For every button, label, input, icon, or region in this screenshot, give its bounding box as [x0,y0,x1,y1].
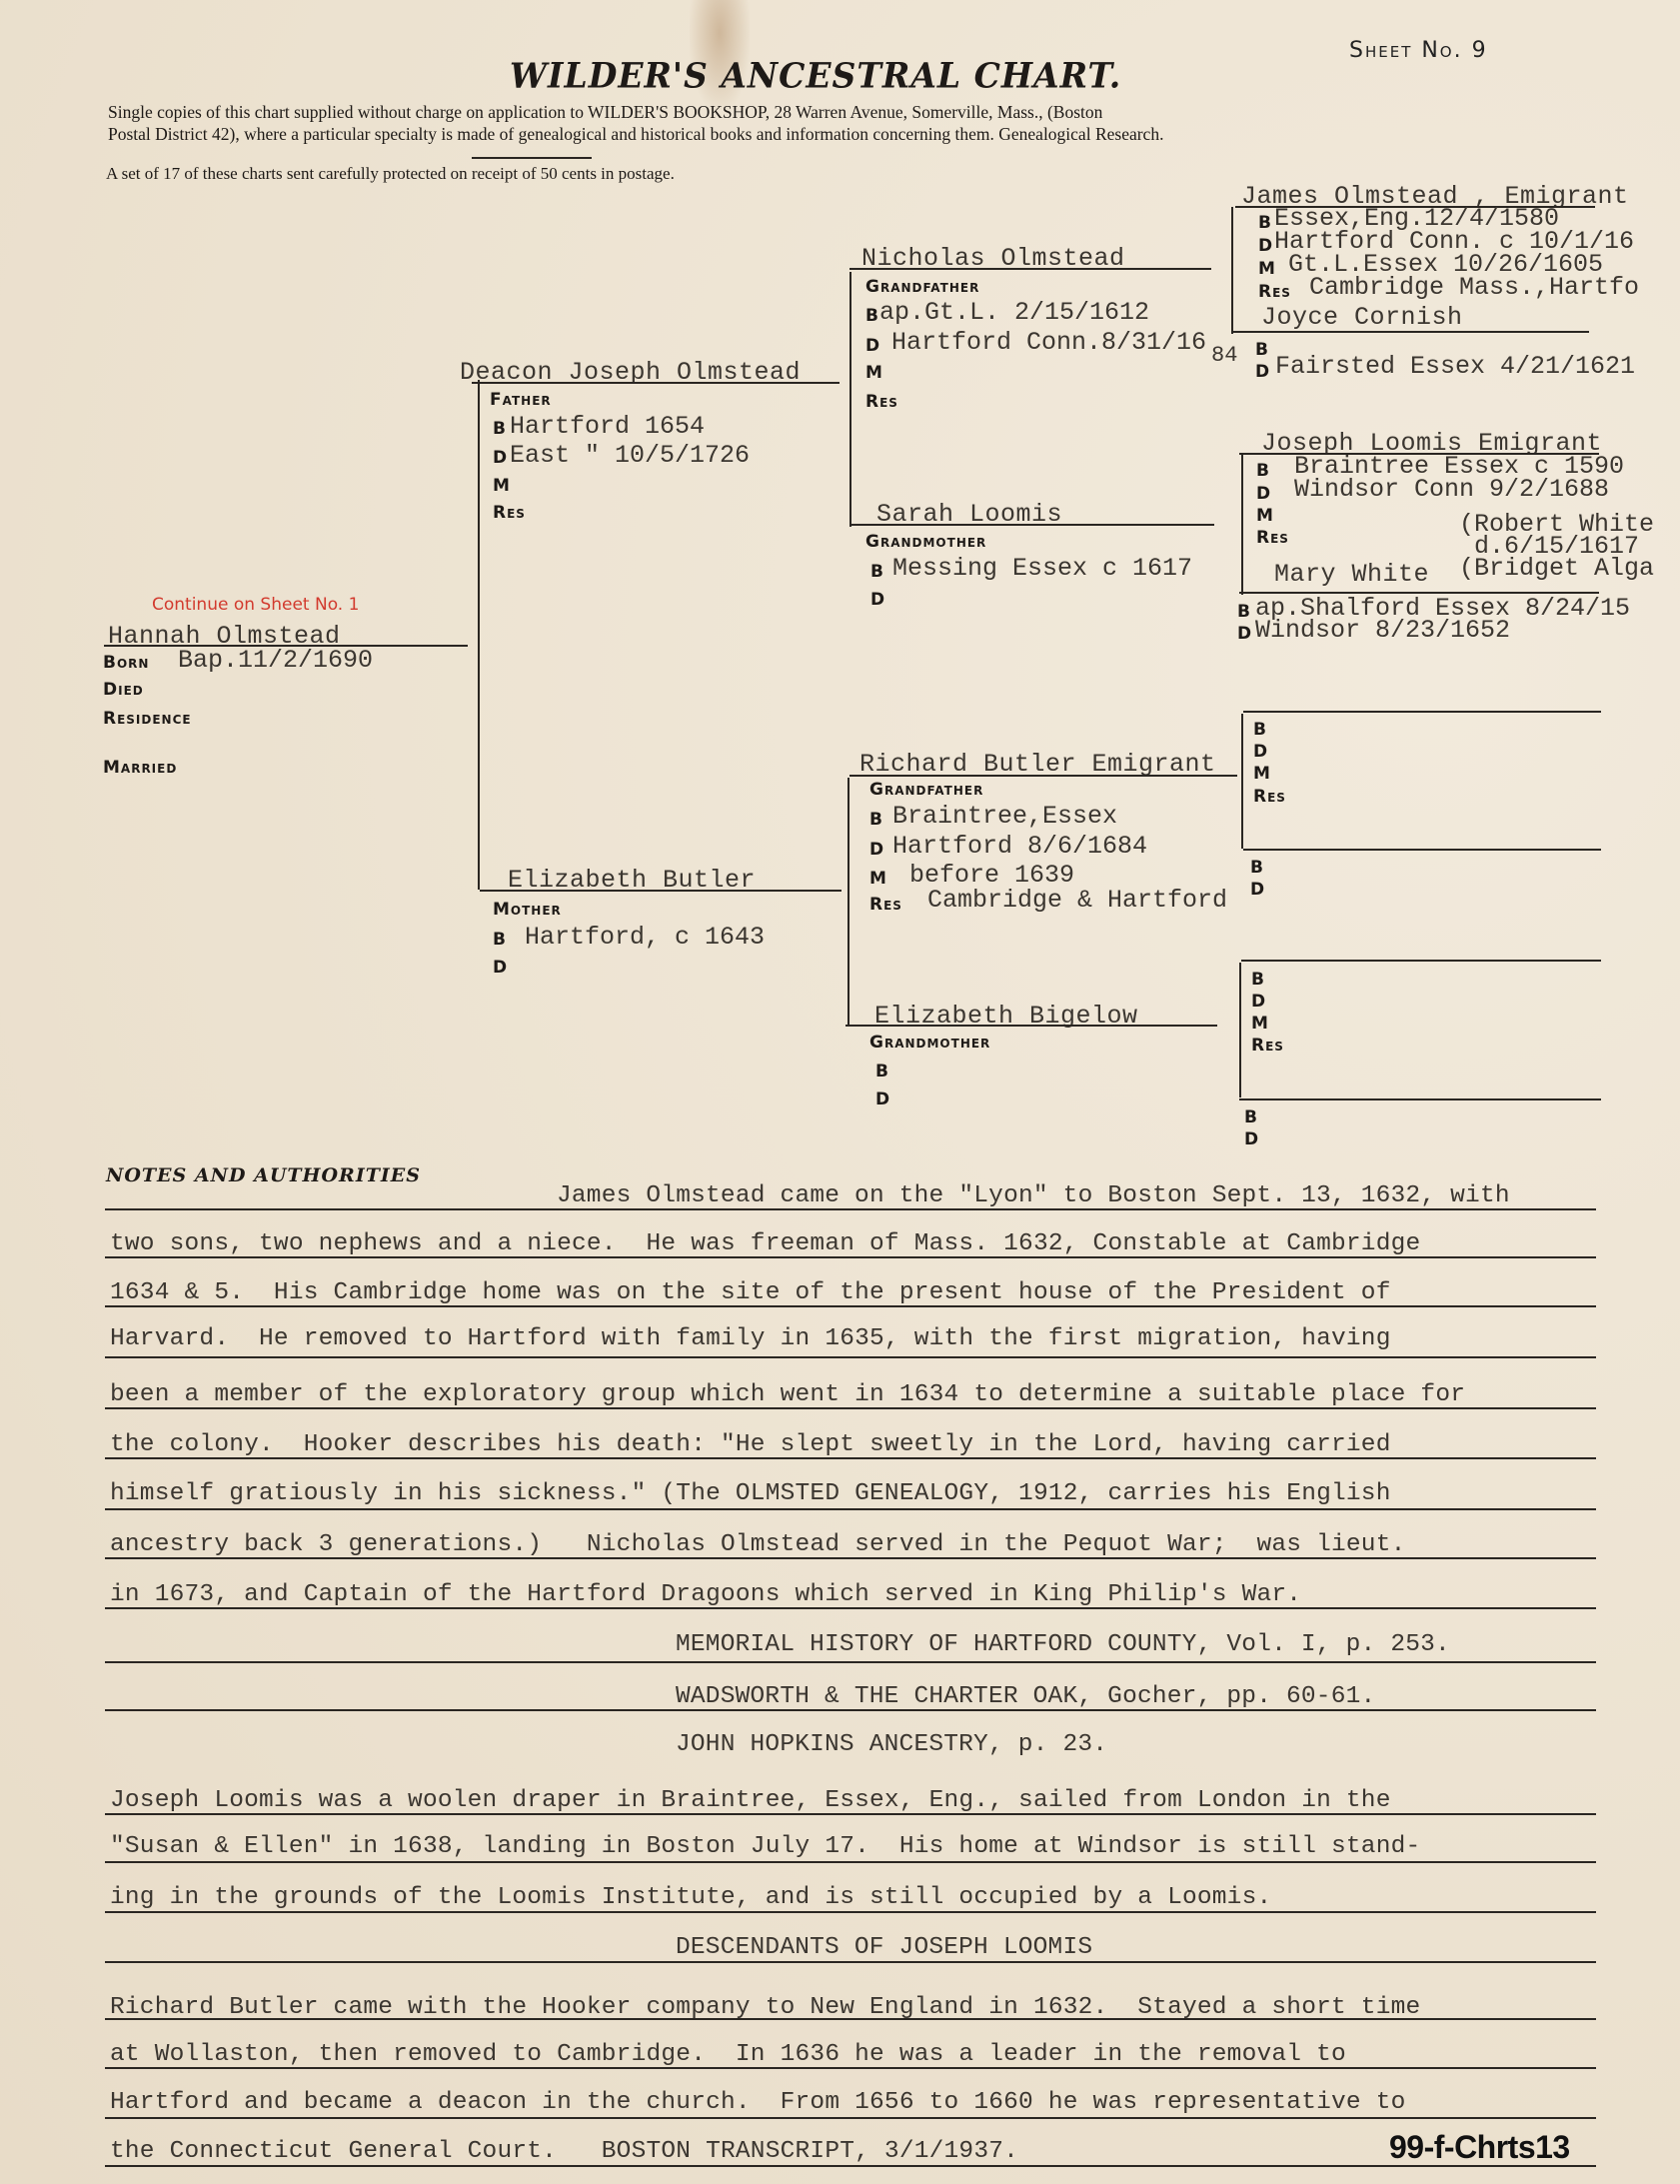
note-rule [105,1256,1596,1258]
note-line: the colony. Hooker describes his death: … [110,1431,1391,1458]
mother-line [480,890,841,892]
mgm-d-label: D [875,1090,890,1109]
mgf-b-label: B [869,810,883,830]
gg3-m-label: M [1253,764,1271,784]
note-citation: JOHN HOPKINS ANCESTRY, p. 23. [676,1731,1107,1758]
mother-birth: Hartford, c 1643 [525,923,765,952]
paternal-grandmother-line [849,524,1214,526]
subject-born: Bap.11/2/1690 [178,646,373,675]
gg1-d-label: D [1258,236,1273,256]
gg2-m-label: M [1256,506,1274,526]
gg4-bottom-line [1239,1098,1601,1100]
note-rule [105,1208,1596,1210]
gg4-top-line [1241,960,1601,962]
note-line: ancestry back 3 generations.) Nicholas O… [110,1531,1406,1558]
gg3-bottom-line [1243,849,1601,851]
mother-d-label: D [493,958,508,978]
gg1-bottom-line [1232,331,1589,333]
mother-b-label: B [493,930,507,950]
sheet-number: Sheet No. 9 [1349,38,1488,63]
note-line: at Wollaston, then removed to Cambridge.… [110,2041,1346,2068]
residence-label: Residence [103,709,192,729]
notes-heading: NOTES AND AUTHORITIES [106,1164,421,1186]
note-rule [105,1607,1596,1609]
gg3-wife-d-label: D [1250,880,1265,900]
note-rule [105,1911,1596,1913]
gg1-wife-d-label: D [1255,362,1270,382]
gg3-res-label: Res [1253,787,1286,807]
chart-title: WILDER'S ANCESTRAL CHART. [510,55,1121,96]
gg2-wife-b-label: B [1237,602,1251,622]
mgf-role-label: Grandfather [869,780,983,800]
gg1-wife-b-label: B [1255,340,1269,360]
gg2-bracket-line [1241,455,1243,595]
note-rule [105,1813,1596,1815]
father-birth: Hartford 1654 [510,412,705,441]
note-rule [105,1508,1596,1510]
gg3-b-label: B [1253,720,1267,740]
note-citation: MEMORIAL HISTORY OF HARTFORD COUNTY, Vol… [676,1631,1450,1658]
gg1-res-label: Res [1258,282,1291,302]
note-line: Richard Butler came with the Hooker comp… [110,1994,1420,2021]
pgf-death-suffix: 84 [1211,343,1237,368]
pgm-b-label: B [870,562,884,582]
sheet-label: Sheet No. [1349,38,1463,63]
note-line: Joseph Loomis was a woolen draper in Bra… [110,1787,1391,1814]
header-line-3: A set of 17 of these charts sent careful… [106,163,675,185]
pgf-d-label: D [865,336,880,356]
pgm-birth: Messing Essex c 1617 [892,554,1192,583]
father-death: East " 10/5/1726 [510,441,750,470]
note-line: 1634 & 5. His Cambridge home was on the … [110,1279,1391,1306]
pgm-role-label: Grandmother [865,532,986,552]
born-label: Born [103,653,149,673]
note-rule [105,2067,1596,2069]
gg1-residence: Cambridge Mass.,Hartfo [1309,273,1639,302]
note-line: Harvard. He removed to Hartford with fam… [110,1325,1391,1352]
note-rule [105,1407,1596,1409]
note-line: two sons, two nephews and a niece. He wa… [110,1230,1420,1257]
note-rule [105,1861,1596,1863]
maternal-bracket-line [847,778,849,1026]
gg4-b-label: B [1251,970,1265,990]
gg1-wife-name: Joyce Cornish [1261,303,1463,332]
father-d-label: D [493,448,508,468]
gg1-b-label: B [1258,213,1272,233]
gg4-m-label: M [1251,1014,1269,1034]
header-divider [472,157,592,159]
note-line: himself gratiously in his sickness." (Th… [110,1480,1391,1507]
gg4-d-label: D [1251,992,1266,1012]
mgf-m-label: M [869,869,887,889]
father-b-label: B [493,419,507,439]
gg3-wife-b-label: B [1250,858,1264,878]
mgf-residence: Cambridge & Hartford [927,886,1227,915]
note-rule [105,1356,1596,1358]
gg4-res-label: Res [1251,1036,1284,1056]
father-m-label: M [493,476,511,496]
gg2-wife-parent-2: (Bridget Alga [1459,554,1654,583]
gg3-top-line [1243,711,1601,713]
gg1-bracket-line [1231,207,1233,334]
maternal-grandmother-line [845,1025,1217,1027]
father-res-label: Res [493,503,526,523]
pgf-m-label: M [865,363,883,383]
mgf-death: Hartford 8/6/1684 [892,832,1147,861]
maternal-grandfather-line [849,775,1237,777]
note-line: been a member of the exploratory group w… [110,1381,1465,1408]
father-line [472,382,840,384]
note-line: James Olmstead came on the "Lyon" to Bos… [557,1182,1510,1209]
header-line-1: Single copies of this chart supplied wit… [108,101,1617,123]
pgf-death: Hartford Conn.8/31/16 [891,328,1206,357]
note-rule [105,2165,1596,2167]
header-line-2: Postal District 42), where a particular … [108,123,1617,145]
gg4-wife-d-label: D [1244,1129,1259,1149]
gg2-d-label: D [1256,484,1271,504]
note-rule [105,1557,1596,1559]
note-rule [105,1305,1596,1307]
gg2-b-label: B [1256,461,1270,481]
parents-bracket-line [478,380,480,890]
gg4-wife-b-label: B [1244,1107,1258,1127]
mgm-role-label: Grandmother [869,1033,990,1053]
gg2-death: Windsor Conn 9/2/1688 [1294,475,1609,504]
gg2-wife-d-label: D [1237,624,1252,644]
note-line: ing in the grounds of the Loomis Institu… [110,1884,1271,1911]
pgf-res-label: Res [865,392,898,412]
note-rule [105,1961,1596,1963]
mother-role-label: Mother [493,900,562,920]
gg3-d-label: D [1253,742,1268,762]
gg1-m-label: M [1258,259,1276,279]
died-label: Died [103,680,144,700]
pgf-role-label: Grandfather [865,277,979,297]
note-line: Hartford and became a deacon in the chur… [110,2089,1406,2116]
note-rule [105,2117,1596,2119]
mgf-res-label: Res [869,895,902,915]
note-citation: DESCENDANTS OF JOSEPH LOOMIS [676,1934,1092,1961]
note-rule [105,1661,1596,1663]
note-citation: WADSWORTH & THE CHARTER OAK, Gocher, pp.… [676,1683,1375,1710]
paternal-bracket-line [849,272,851,527]
note-rule [105,1457,1596,1459]
gg2-wife-death: Windsor 8/23/1652 [1255,616,1510,645]
gg2-res-label: Res [1256,528,1289,548]
catalog-code: 99-f-Chrts13 [1389,2129,1570,2166]
paternal-grandfather-line [849,268,1211,270]
note-line: "Susan & Ellen" in 1638, landing in Bost… [110,1833,1420,1860]
header-notice: Single copies of this chart supplied wit… [108,101,1617,145]
note-rule [105,1709,1596,1711]
note-line: the Connecticut General Court. BOSTON TR… [110,2138,1018,2165]
pgm-d-label: D [870,590,885,610]
mgf-birth: Braintree,Essex [892,802,1117,831]
gg4-bracket-line [1239,963,1241,1097]
mgf-d-label: D [869,840,884,860]
continue-note: Continue on Sheet No. 1 [152,595,359,615]
sheet-number-value: 9 [1472,38,1488,63]
father-role-label: Father [490,390,552,410]
mgm-b-label: B [875,1062,889,1082]
pgf-b-label: B [865,306,879,326]
note-line: in 1673, and Captain of the Hartford Dra… [110,1581,1301,1608]
note-rule [105,2018,1596,2020]
gg1-wife-death: Fairsted Essex 4/21/1621 [1275,352,1635,381]
married-label: Married [103,758,177,778]
pgf-birth: ap.Gt.L. 2/15/1612 [879,298,1149,327]
gg2-wife-name: Mary White [1274,560,1429,589]
gg3-bracket-line [1241,714,1243,849]
